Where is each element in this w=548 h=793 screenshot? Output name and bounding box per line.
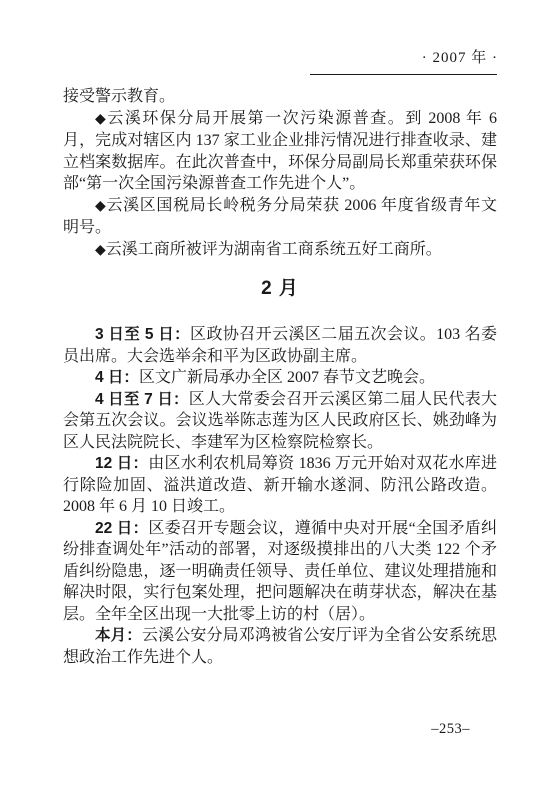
entry-feb-3-5: 3 日至 5 日：区政协召开云溪区二届五次会议。103 名委员出席。大会选举余和…	[63, 324, 497, 367]
entry-date-label: 22 日：	[95, 520, 148, 537]
entry-feb-12: 12 日：由区水利农机局筹资 1836 万元开始对双花水库进行除险加固、溢洪道改…	[63, 453, 497, 518]
section-heading-february: 2 月	[63, 276, 497, 302]
entry-date-label: 本月：	[95, 627, 142, 644]
entry-date-label: 12 日：	[95, 455, 148, 472]
header-rule	[310, 74, 497, 75]
paragraph-text: 接受警示教育。	[63, 88, 175, 105]
entry-text: 区文广新局承办全区 2007 春节文艺晚会。	[139, 369, 435, 386]
diamond-bullet-icon: ◆	[95, 199, 106, 214]
diamond-bullet-icon: ◆	[95, 243, 106, 258]
entry-date-label: 4 日：	[95, 369, 139, 386]
bullet-paragraph-industry-commerce: ◆云溪工商所被评为湖南省工商系统五好工商所。	[63, 239, 497, 262]
paragraph-text: 云溪区国税局长岭税务分局荣获 2006 年度省级青年文明号。	[63, 197, 497, 237]
paragraph-text: 云溪环保分局开展第一次污染源普查。到 2008 年 6 月，完成对辖区内 137…	[63, 110, 497, 193]
page-number: –253–	[431, 720, 470, 738]
bullet-paragraph-tax-bureau: ◆云溪区国税局长岭税务分局荣获 2006 年度省级青年文明号。	[63, 195, 497, 239]
entry-feb-4-7: 4 日至 7 日：区人大常委会召开云溪区第二届人民代表大会第五次会议。会议选举陈…	[63, 389, 497, 454]
bullet-paragraph-pollution-census: ◆云溪环保分局开展第一次污染源普查。到 2008 年 6 月，完成对辖区内 13…	[63, 108, 497, 195]
running-header: · 2007 年 ·	[310, 48, 500, 75]
paragraph-continuation: 接受警示教育。	[63, 86, 497, 108]
yearbook-page: · 2007 年 · 接受警示教育。 ◆云溪环保分局开展第一次污染源普查。到 2…	[0, 0, 548, 793]
header-year-label: · 2007 年 ·	[310, 48, 500, 68]
body-text-block: 接受警示教育。 ◆云溪环保分局开展第一次污染源普查。到 2008 年 6 月，完…	[63, 86, 497, 668]
entry-feb-4: 4 日：区文广新局承办全区 2007 春节文艺晚会。	[63, 367, 497, 389]
entry-feb-22: 22 日：区委召开专题会议，遵循中央对开展“全国矛盾纠纷排查调处年”活动的部署，…	[63, 518, 497, 626]
diamond-bullet-icon: ◆	[95, 112, 107, 127]
entry-date-label: 4 日至 7 日：	[95, 391, 189, 408]
paragraph-text: 云溪工商所被评为湖南省工商系统五好工商所。	[106, 241, 442, 258]
entry-date-label: 3 日至 5 日：	[95, 326, 190, 343]
entry-this-month: 本月：云溪公安分局邓鸿被省公安厅评为全省公安系统思想政治工作先进个人。	[63, 625, 497, 668]
